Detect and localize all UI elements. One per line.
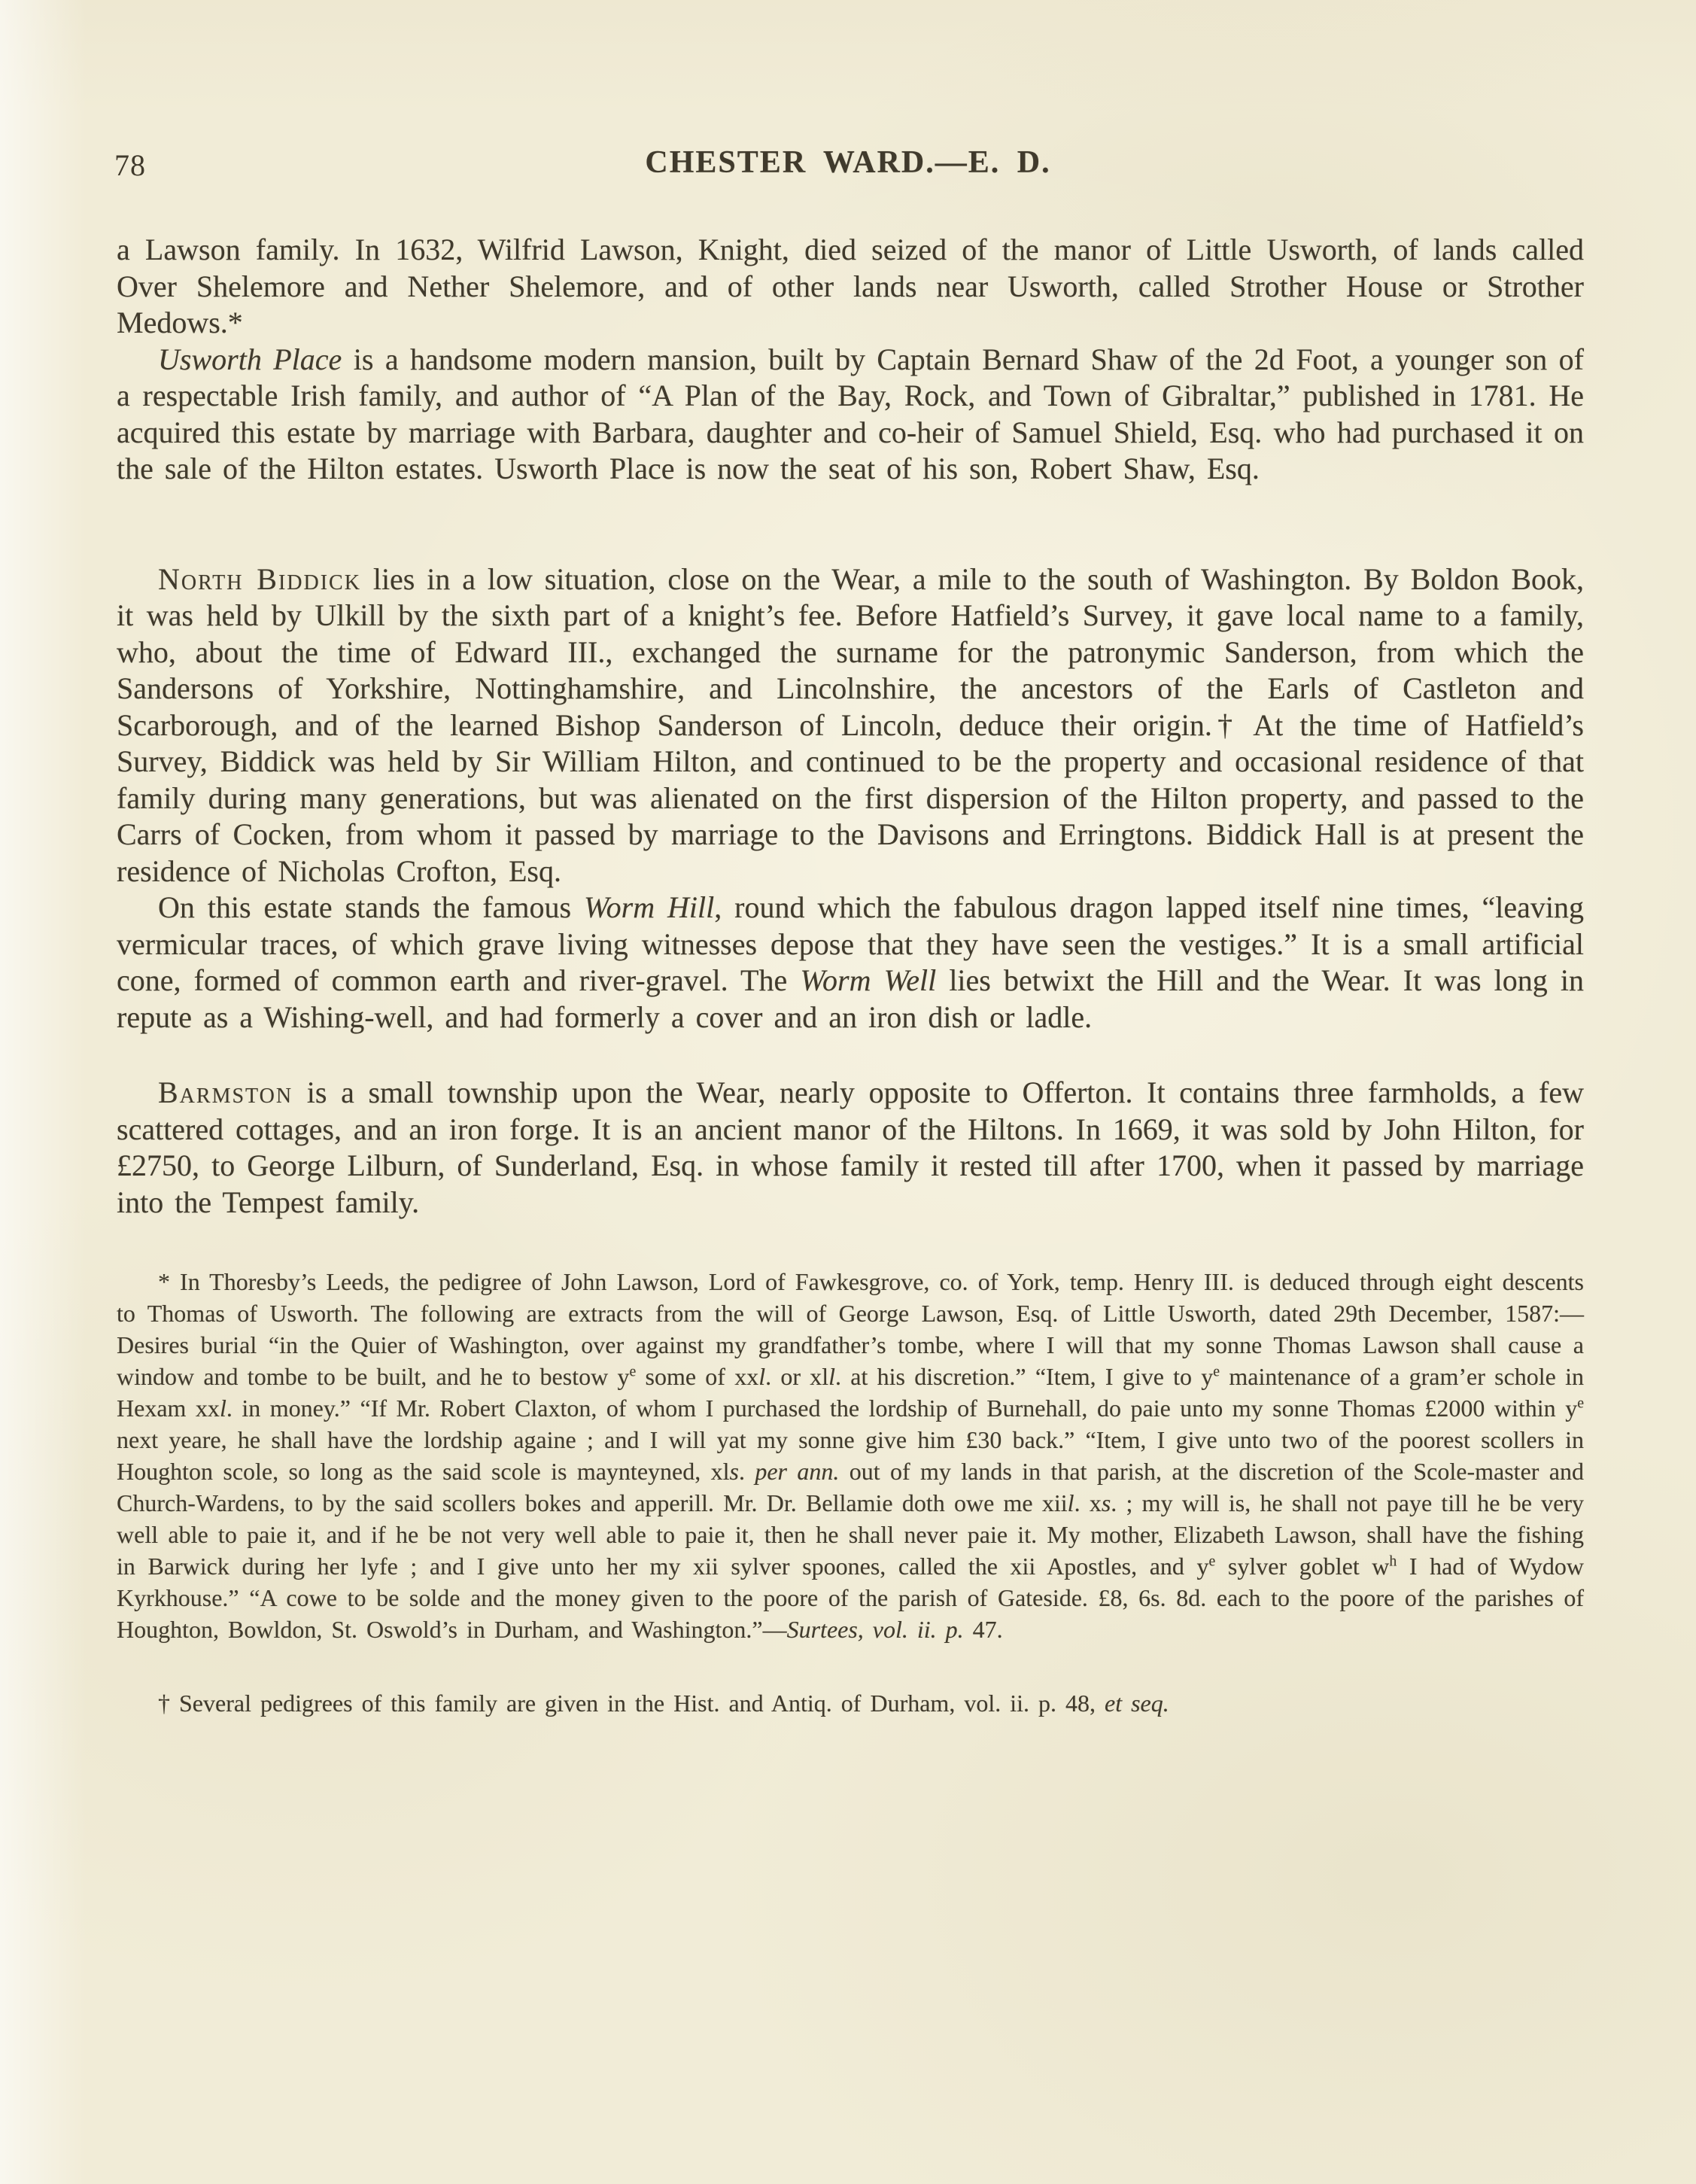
text-run: l bbox=[828, 1363, 835, 1390]
paragraph: a Lawson family. In 1632, Wilfrid Lawson… bbox=[117, 232, 1584, 342]
text-run: sylver goblet w bbox=[1215, 1553, 1389, 1580]
paragraph: Barmston is a small township upon the We… bbox=[117, 1075, 1584, 1221]
text-run: per ann. bbox=[755, 1458, 839, 1485]
text-run: h bbox=[1389, 1553, 1397, 1569]
text-run: l bbox=[220, 1395, 226, 1422]
text-run: e bbox=[629, 1363, 636, 1379]
text-run: . x bbox=[1074, 1489, 1102, 1516]
text-run: † Several pedigrees of this family are g… bbox=[158, 1690, 1105, 1717]
footnote: † Several pedigrees of this family are g… bbox=[117, 1687, 1584, 1719]
text-run: . bbox=[739, 1458, 755, 1485]
text-run: a Lawson family. In 1632, Wilfrid Lawson… bbox=[117, 233, 1584, 339]
book-page: 78 CHESTER WARD.—E. D. a Lawson family. … bbox=[0, 0, 1696, 2184]
text-run: l bbox=[758, 1363, 765, 1390]
paragraph: Usworth Place is a handsome modern mansi… bbox=[117, 342, 1584, 488]
text-run: . in money.” “If Mr. Robert Claxton, of … bbox=[226, 1395, 1577, 1422]
text-run: . at his discretion.” “Item, I give to y bbox=[835, 1363, 1213, 1390]
text-run: Surtees, vol. ii. p. bbox=[787, 1616, 964, 1643]
text-run: Barmston bbox=[158, 1075, 293, 1109]
text-run: 47. bbox=[964, 1616, 1003, 1643]
text-run: Worm Well bbox=[800, 963, 936, 997]
text-run: s bbox=[730, 1458, 739, 1485]
running-header: CHESTER WARD.—E. D. bbox=[0, 144, 1696, 181]
footnotes: * In Thoresby’s Leeds, the pedigree of J… bbox=[117, 1266, 1584, 1719]
text-run: s bbox=[1102, 1489, 1111, 1516]
text-run: l bbox=[1068, 1489, 1074, 1516]
text-run: e bbox=[1577, 1395, 1584, 1411]
text-run: On this estate stands the famous bbox=[158, 890, 584, 924]
footnote: * In Thoresby’s Leeds, the pedigree of J… bbox=[117, 1266, 1584, 1645]
text-run: North Biddick bbox=[158, 562, 361, 596]
text-run: e bbox=[1213, 1363, 1220, 1379]
text-run: Usworth Place bbox=[158, 342, 342, 376]
paragraph: North Biddick lies in a low situation, c… bbox=[117, 561, 1584, 890]
text-run: lies in a low situation, close on the We… bbox=[117, 562, 1584, 888]
paragraph: On this estate stands the famous Worm Hi… bbox=[117, 890, 1584, 1036]
text-run: Worm Hill bbox=[584, 890, 714, 924]
text-run: et seq. bbox=[1105, 1690, 1169, 1717]
body-paragraphs: a Lawson family. In 1632, Wilfrid Lawson… bbox=[117, 232, 1584, 1719]
text-run: . or xl bbox=[765, 1363, 828, 1390]
text-run: some of xx bbox=[636, 1363, 758, 1390]
text-run: is a small township upon the Wear, nearl… bbox=[117, 1075, 1584, 1219]
